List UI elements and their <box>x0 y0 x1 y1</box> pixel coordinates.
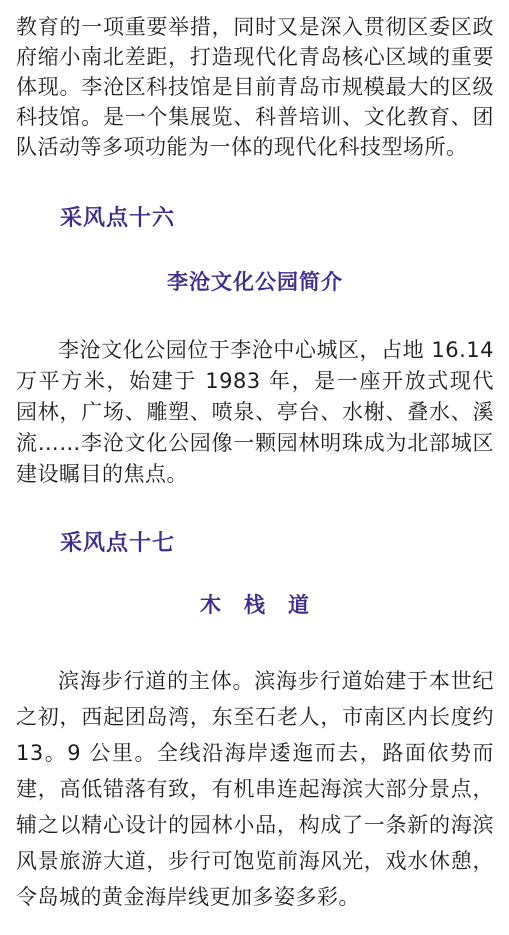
section-title-boardwalk: 木 栈 道 <box>16 589 494 619</box>
document-page: 教育的一项重要举措，同时又是深入贯彻区委区政府缩小南北差距，打造现代化青岛核心区… <box>0 0 509 935</box>
section-marker-17: 采风点十七 <box>60 526 175 557</box>
section-paragraph-park: 李沧文化公园位于李沧中心城区，占地 16.14 万平方米，始建于 1983 年，… <box>16 335 494 490</box>
section-title-park: 李沧文化公园简介 <box>16 266 494 296</box>
section-paragraph-boardwalk: 滨海步行道的主体。滨海步行道始建于本世纪之初，西起团岛湾，东至石老人，市南区内长… <box>16 663 494 915</box>
intro-paragraph: 教育的一项重要举措，同时又是深入贯彻区委区政府缩小南北差距，打造现代化青岛核心区… <box>16 12 494 162</box>
section-marker-16: 采风点十六 <box>60 201 175 232</box>
